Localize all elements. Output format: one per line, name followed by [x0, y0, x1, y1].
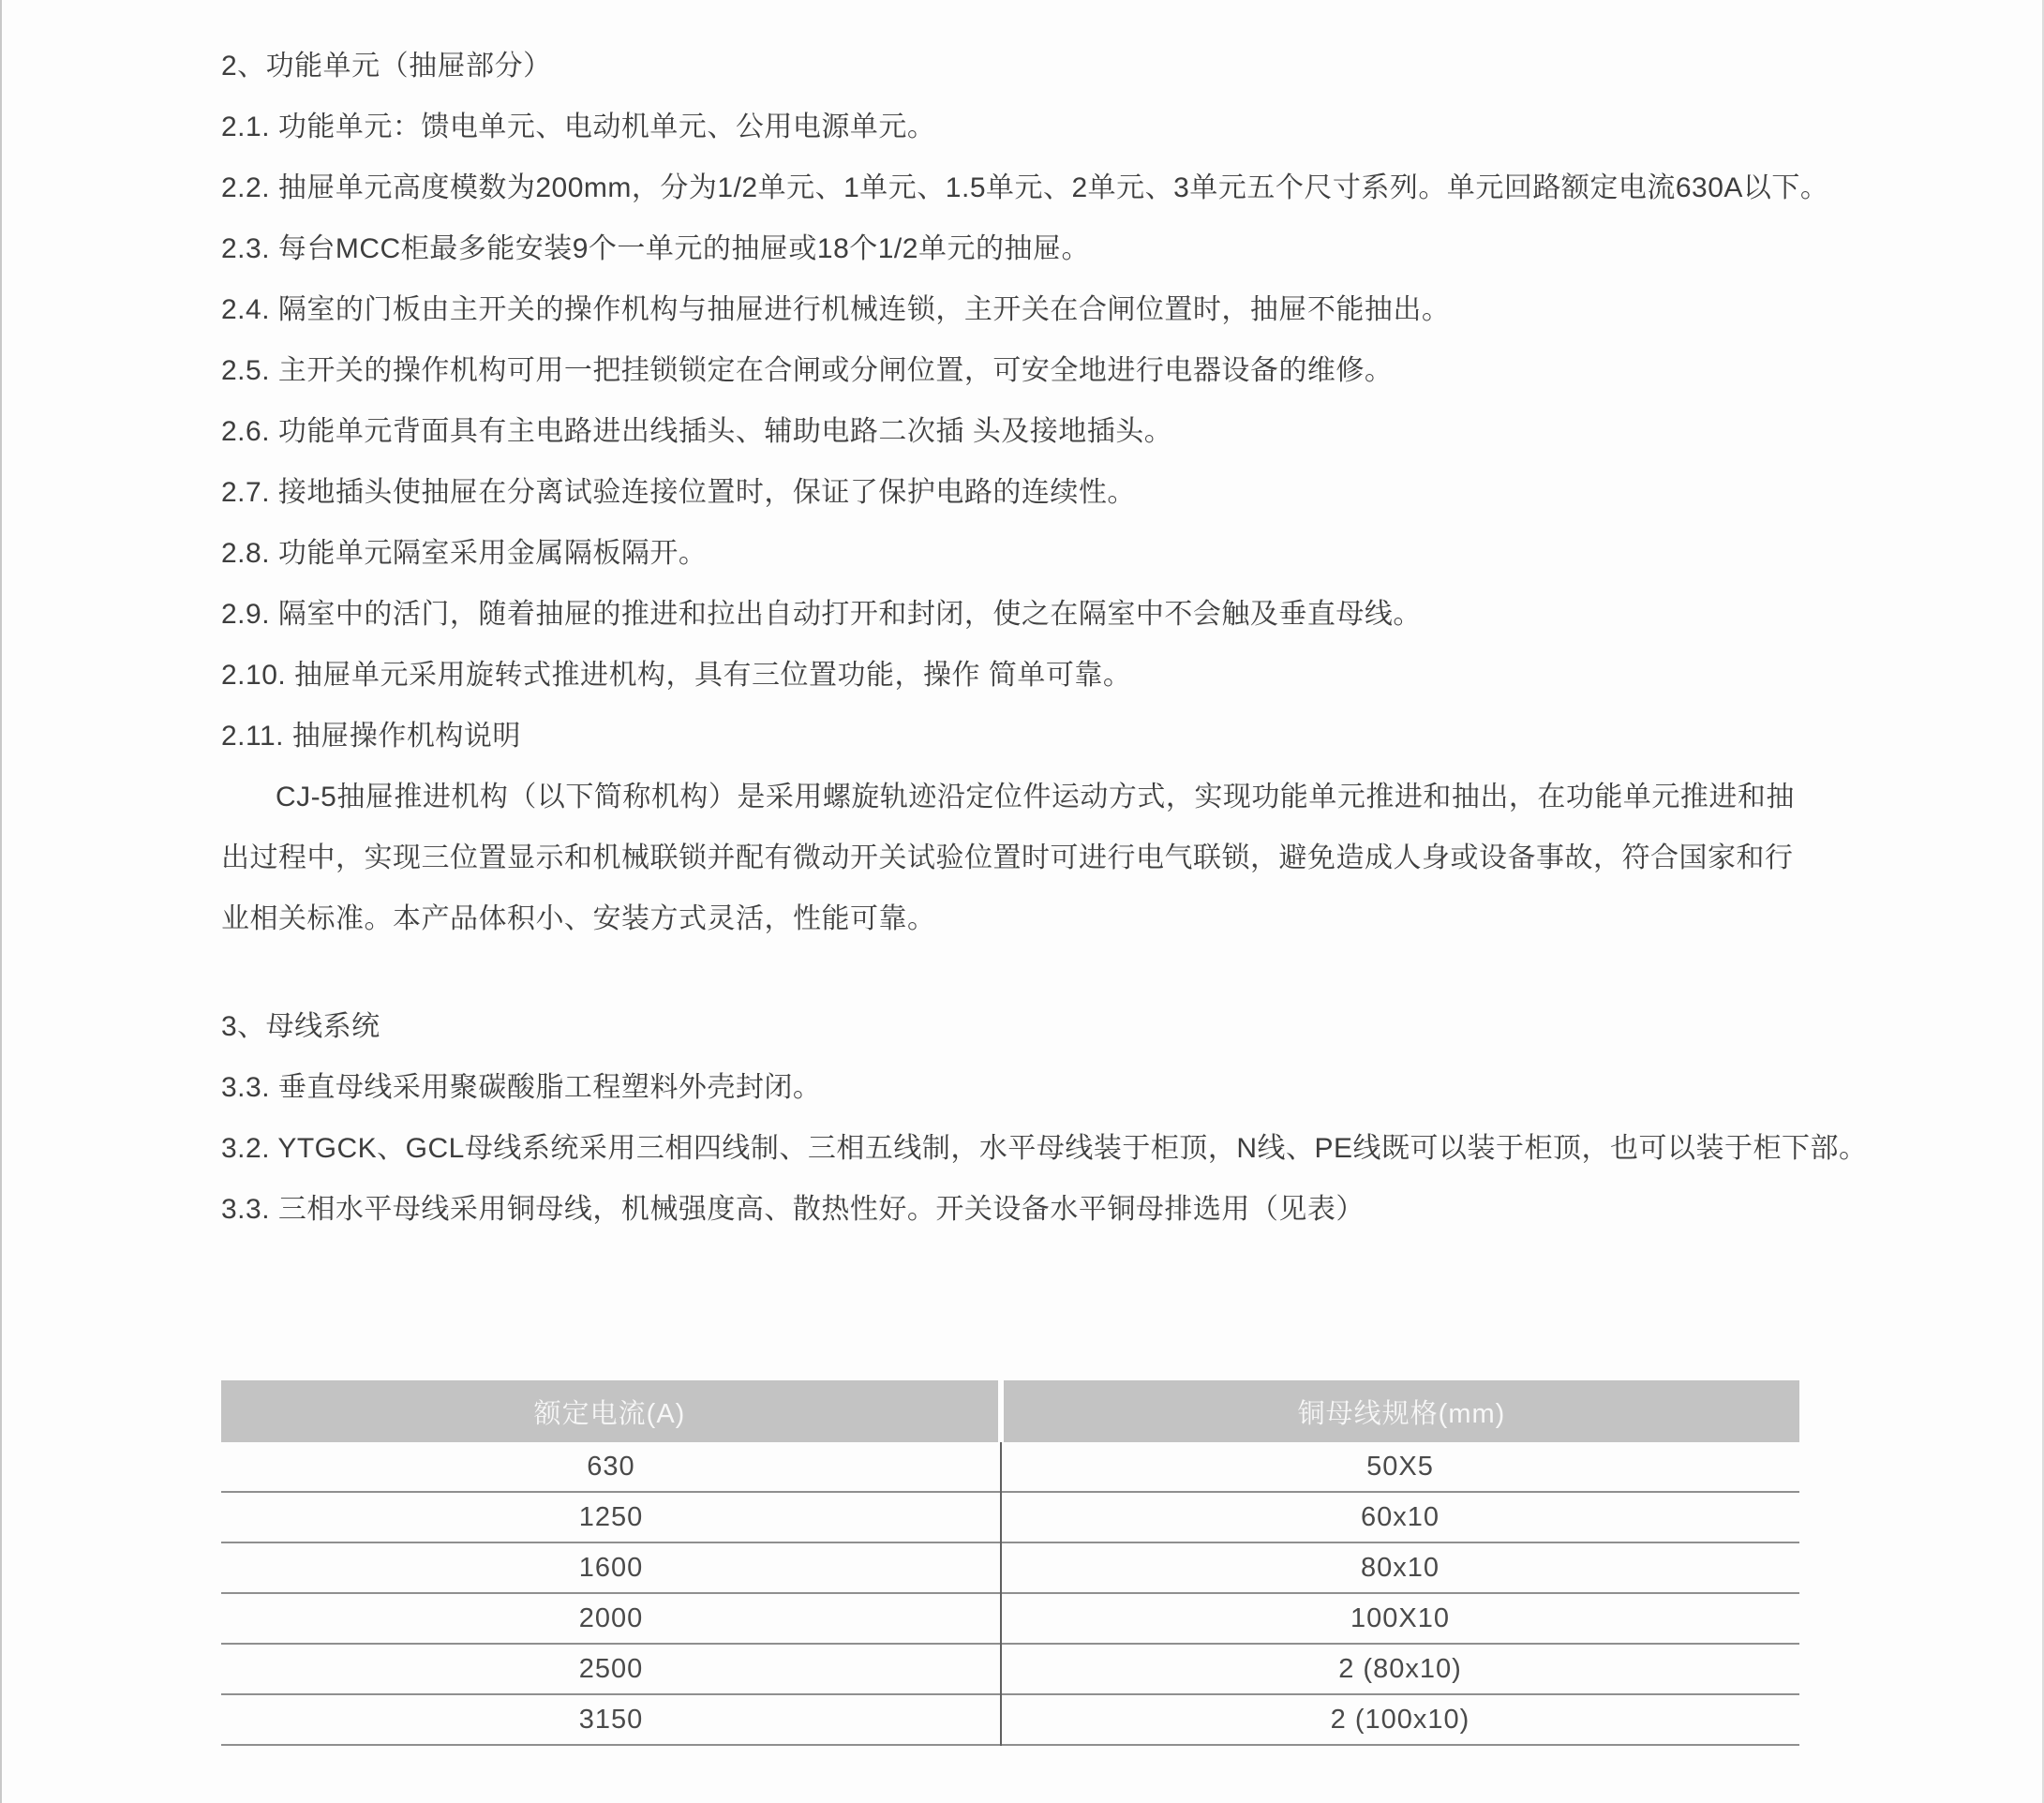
document-page: 2、功能单元（抽屉部分） 2.1. 功能单元：馈电单元、电动机单元、公用电源单元…	[0, 0, 2044, 1803]
document-content: 2、功能单元（抽屉部分） 2.1. 功能单元：馈电单元、电动机单元、公用电源单元…	[2, 0, 2042, 1746]
table-row: 1600 80x10	[221, 1543, 1799, 1594]
paragraph-line: 业相关标准。本产品体积小、安装方式灵活，性能可靠。	[221, 888, 1827, 949]
paragraph-line: 出过程中，实现三位置显示和机械联锁并配有微动开关试验位置时可进行电气联锁，避免造…	[221, 827, 1827, 888]
table-cell-current: 630	[221, 1452, 1001, 1483]
list-item-2-2: 2.2. 抽屉单元高度模数为200mm，分为1/2单元、1单元、1.5单元、2单…	[221, 157, 1827, 218]
table-cell-current: 1250	[221, 1502, 1001, 1533]
table-cell-current: 3150	[221, 1705, 1001, 1736]
section-3-heading: 3、母线系统	[221, 996, 1827, 1057]
table-cell-current: 2500	[221, 1654, 1001, 1685]
list-item-2-10: 2.10. 抽屉单元采用旋转式推进机构，具有三位置功能，操作 简单可靠。	[221, 645, 1827, 706]
table-column-divider	[1000, 1442, 1002, 1746]
table-cell-spec: 50X5	[1001, 1452, 1799, 1483]
list-item-2-6: 2.6. 功能单元背面具有主电路进出线插头、辅助电路二次插 头及接地插头。	[221, 401, 1827, 462]
table-row: 2500 2 (80x10)	[221, 1645, 1799, 1695]
table-cell-current: 1600	[221, 1553, 1001, 1584]
table-row: 2000 100X10	[221, 1594, 1799, 1645]
table-header-row: 额定电流(A) 铜母线规格(mm)	[221, 1380, 1799, 1442]
table-row: 630 50X5	[221, 1442, 1799, 1493]
section-2-heading: 2、功能单元（抽屉部分）	[221, 36, 1827, 97]
list-item-2-4: 2.4. 隔室的门板由主开关的操作机构与抽屉进行机械连锁，主开关在合闸位置时，抽…	[221, 279, 1827, 340]
table-row: 1250 60x10	[221, 1493, 1799, 1543]
table-cell-spec: 100X10	[1001, 1603, 1799, 1634]
list-item-3-3a: 3.3. 垂直母线采用聚碳酸脂工程塑料外壳封闭。	[221, 1057, 1827, 1118]
table-header-cell-busbar-spec: 铜母线规格(mm)	[1004, 1380, 1799, 1442]
table-row: 3150 2 (100x10)	[221, 1695, 1799, 1746]
list-item-2-9: 2.9. 隔室中的活门，随着抽屉的推进和拉出自动打开和封闭，使之在隔室中不会触及…	[221, 584, 1827, 645]
table-cell-spec: 2 (100x10)	[1001, 1705, 1799, 1736]
list-item-2-1: 2.1. 功能单元：馈电单元、电动机单元、公用电源单元。	[221, 97, 1827, 157]
list-item-2-11: 2.11. 抽屉操作机构说明	[221, 706, 1827, 767]
paragraph-line: CJ-5抽屉推进机构（以下简称机构）是采用螺旋轨迹沿定位件运动方式，实现功能单元…	[221, 767, 1827, 827]
list-item-2-3: 2.3. 每台MCC柜最多能安装9个一单元的抽屉或18个1/2单元的抽屉。	[221, 218, 1827, 279]
list-item-3-3b: 3.3. 三相水平母线采用铜母线，机械强度高、散热性好。开关设备水平铜母排选用（…	[221, 1179, 1827, 1240]
table-cell-current: 2000	[221, 1603, 1001, 1634]
table-body: 630 50X5 1250 60x10 1600 80x10 2000 100X…	[221, 1442, 1799, 1746]
table-header-cell-current: 额定电流(A)	[221, 1380, 998, 1442]
list-item-3-2: 3.2. YTGCK、GCL母线系统采用三相四线制、三相五线制，水平母线装于柜顶…	[221, 1118, 1827, 1179]
cj5-paragraph: CJ-5抽屉推进机构（以下简称机构）是采用螺旋轨迹沿定位件运动方式，实现功能单元…	[221, 767, 1827, 949]
section-3: 3、母线系统 3.3. 垂直母线采用聚碳酸脂工程塑料外壳封闭。 3.2. YTG…	[221, 996, 1827, 1240]
list-item-2-7: 2.7. 接地插头使抽屉在分离试验连接位置时，保证了保护电路的连续性。	[221, 462, 1827, 523]
table-cell-spec: 80x10	[1001, 1553, 1799, 1584]
list-item-2-8: 2.8. 功能单元隔室采用金属隔板隔开。	[221, 523, 1827, 584]
table-cell-spec: 60x10	[1001, 1502, 1799, 1533]
busbar-table: 额定电流(A) 铜母线规格(mm) 630 50X5 1250 60x10 16…	[221, 1380, 1799, 1746]
list-item-2-5: 2.5. 主开关的操作机构可用一把挂锁锁定在合闸或分闸位置，可安全地进行电器设备…	[221, 340, 1827, 401]
table-cell-spec: 2 (80x10)	[1001, 1654, 1799, 1685]
